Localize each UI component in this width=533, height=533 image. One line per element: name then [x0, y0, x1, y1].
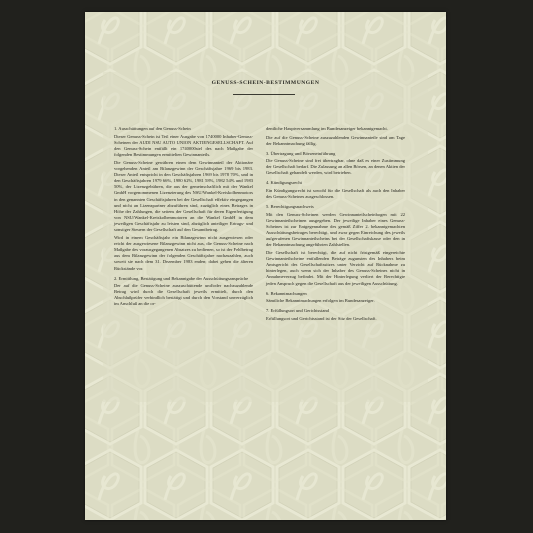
left-column: 1. Ausschüttungen auf den Genuss-Schein … [114, 126, 253, 310]
section-7-heading: 7. Erfüllungsort und Gerichtsstand [266, 308, 405, 314]
section-1-paragraph-2: Die Genuss-Scheine gewähren einen dem Ge… [114, 160, 253, 233]
section-4-heading: 4. Kündigungsrecht [266, 180, 405, 186]
section-1-paragraph-1: Dieser Genuss-Schein ist Teil einer Ausg… [114, 134, 253, 158]
section-5-paragraph-1: Mit den Genuss-Scheinen werden Gewinnant… [266, 212, 405, 248]
section-2-continuation: dentliche Hauptversammlung im Bundesanze… [266, 126, 405, 132]
section-2-heading: 2. Ermittlung, Bestätigung und Bekanntga… [114, 276, 253, 282]
certificate-paper: GENUSS-SCHEIN-BESTIMMUNGEN 1. Ausschüttu… [85, 12, 446, 520]
section-5-heading: 5. Berechtigungsnachweis [266, 204, 405, 210]
section-1-heading: 1. Ausschüttungen auf den Genuss-Schein [114, 126, 253, 132]
section-4-paragraph-1: Ein Kündigungsrecht ist sowohl für die G… [266, 188, 405, 200]
section-6-paragraph-1: Sämtliche Bekanntmachungen erfolgen im B… [266, 298, 405, 304]
section-2-paragraph-1: Der auf die Genuss-Scheine auszuschütten… [114, 283, 253, 307]
right-column: dentliche Hauptversammlung im Bundesanze… [266, 126, 405, 324]
section-5-paragraph-2: Die Gesellschaft ist berechtigt, die auf… [266, 250, 405, 286]
section-2-paragraph-2: Die auf die Genuss-Scheine auszuzahlende… [266, 135, 405, 147]
section-6-heading: 6. Bekanntmachungen [266, 291, 405, 297]
section-7-paragraph-1: Erfüllungsort und Gerichtsstand ist der … [266, 316, 405, 322]
section-3-paragraph-1: Die Genuss-Scheine sind frei übertragbar… [266, 158, 405, 176]
document-title: GENUSS-SCHEIN-BESTIMMUNGEN [85, 80, 446, 86]
title-divider [233, 94, 295, 95]
section-1-paragraph-3: Wird in einem Geschäftsjahr ein Bilanzge… [114, 235, 253, 271]
section-3-heading: 3. Übertragung und Börseneinführung [266, 151, 405, 157]
